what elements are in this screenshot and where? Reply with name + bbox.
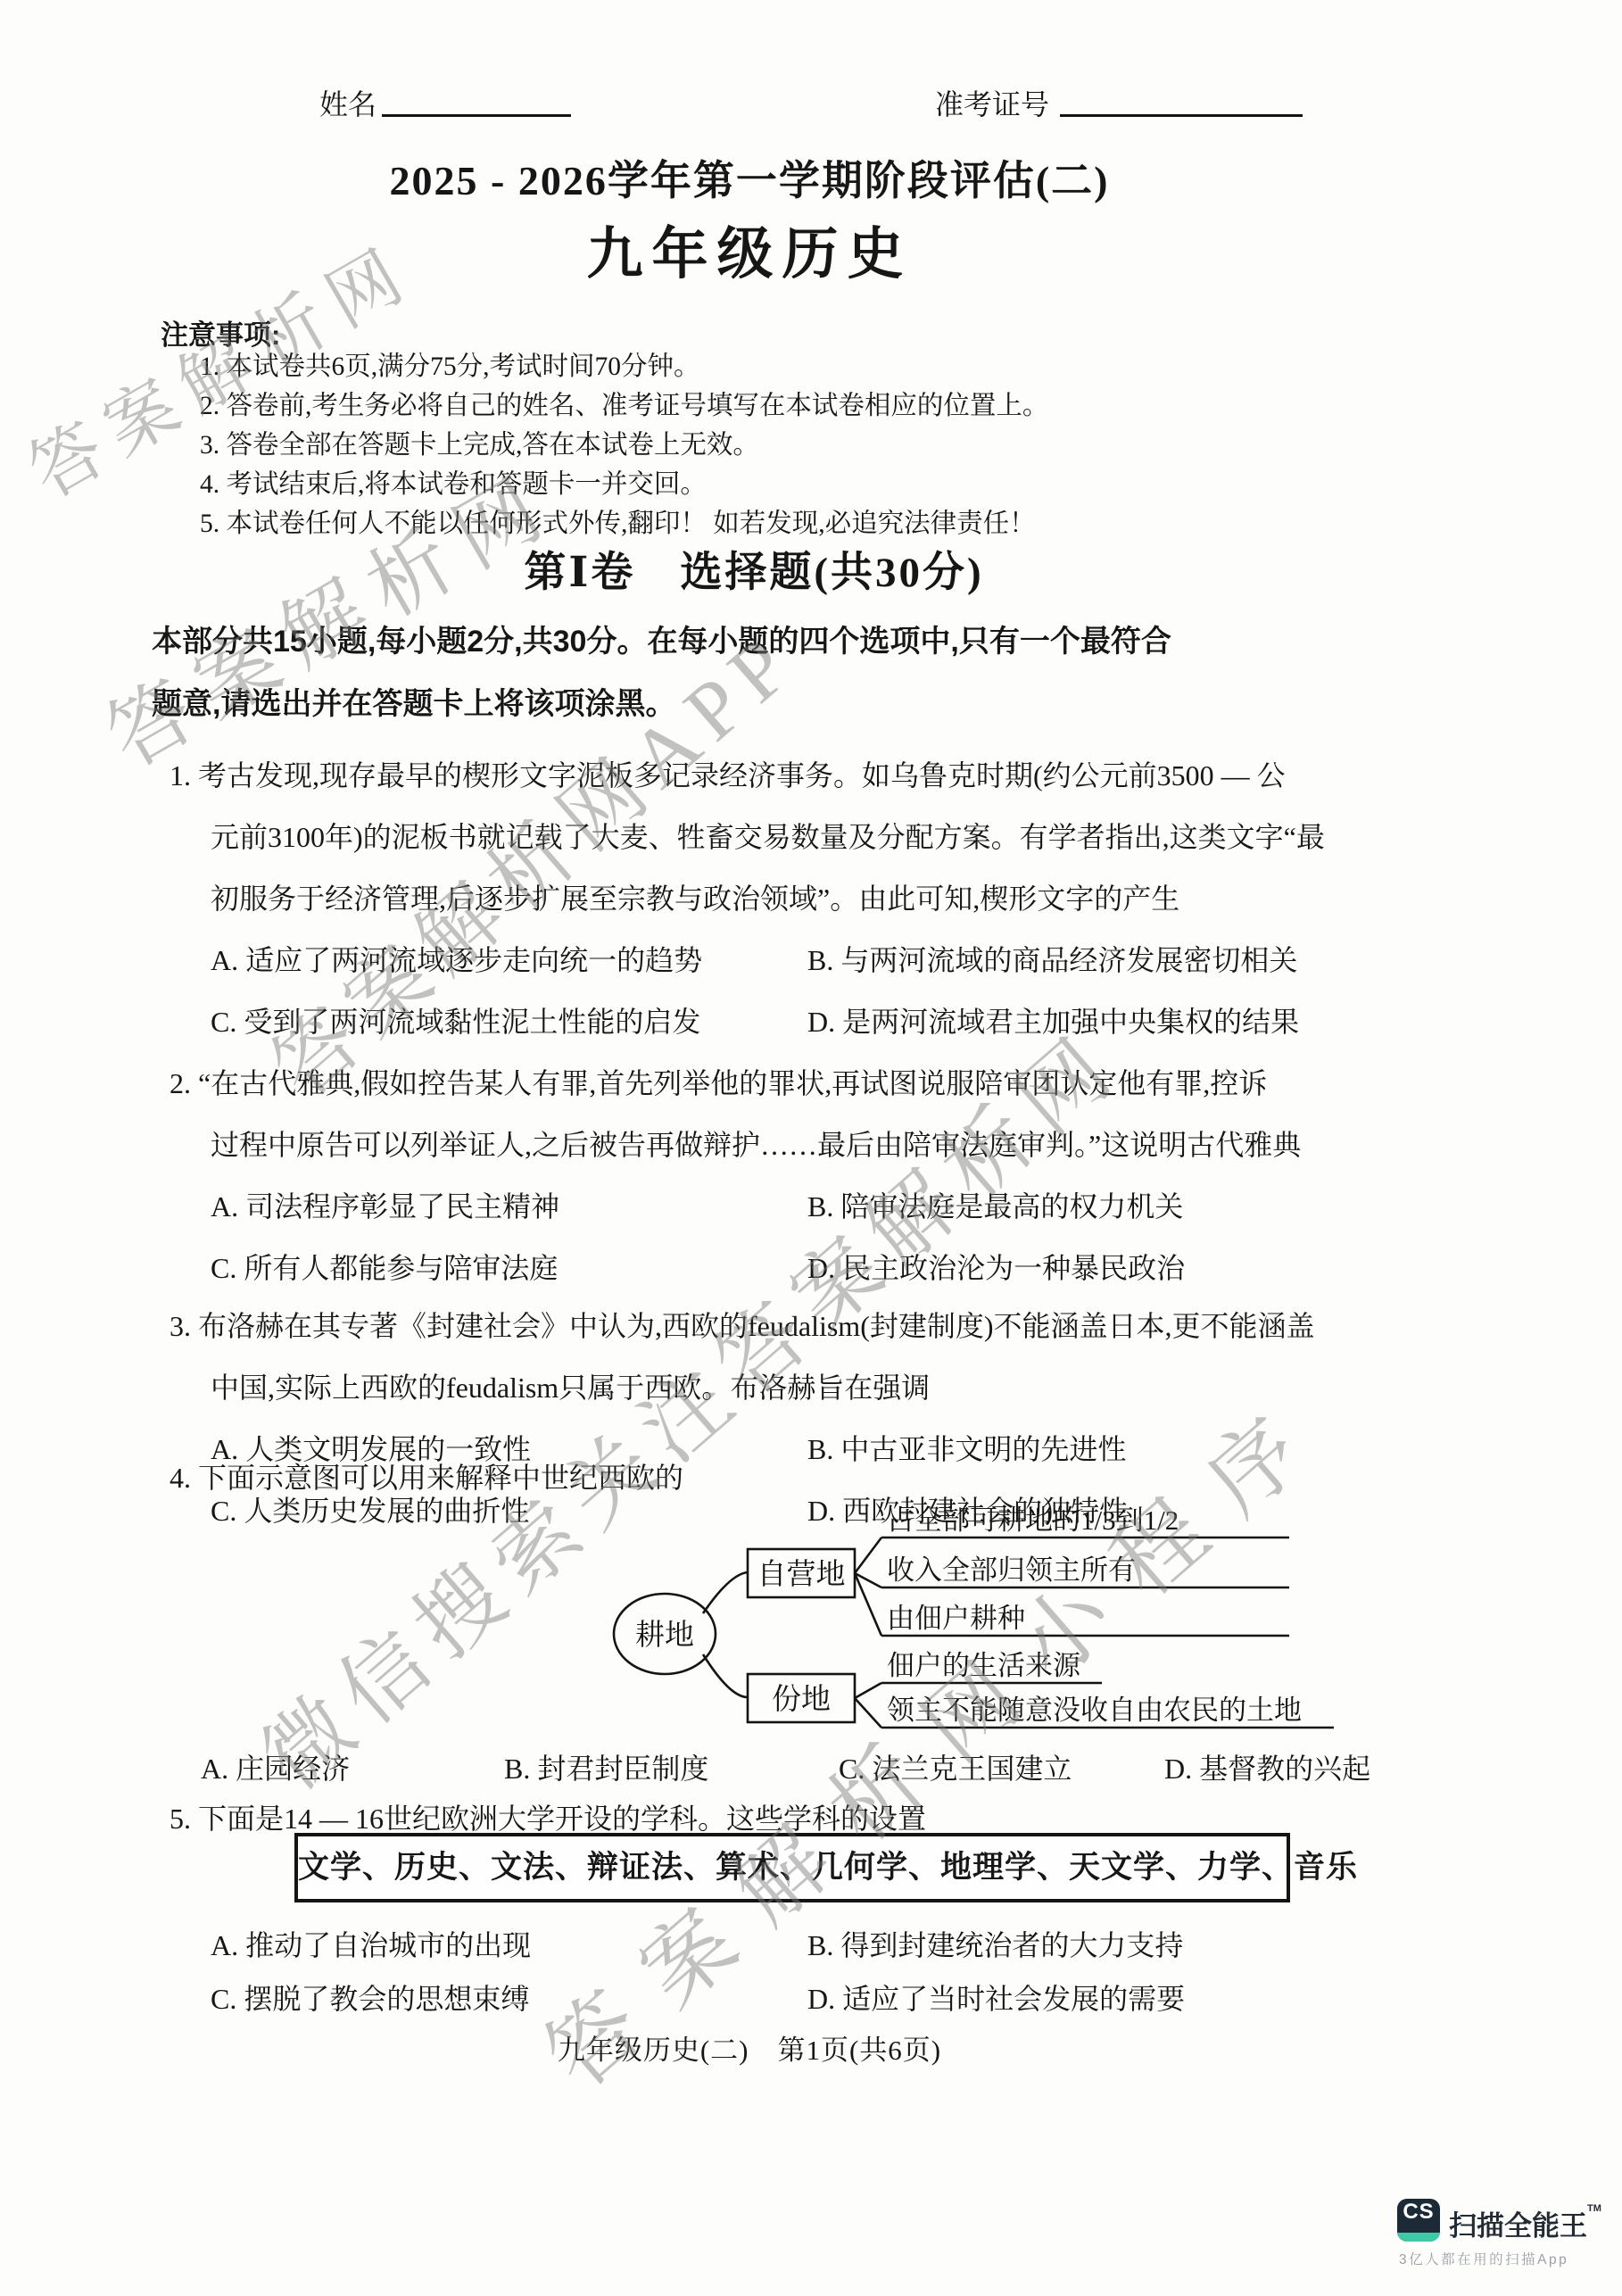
question-number: 1. xyxy=(170,759,191,792)
question-2: 2. “在古代雅典,假如控告某人有罪,首先列举他的罪状,再试图说服陪审团认定他有… xyxy=(170,1053,1575,1299)
option-b: B. 与两河流域的商品经济发展密切相关 xyxy=(807,930,1297,991)
option-c: C. 所有人都能参与陪审法庭 xyxy=(211,1252,558,1284)
question-1-options-row: A. 适应了两河流域逐步走向统一的趋势 B. 与两河流域的商品经济发展密切相关 xyxy=(170,930,1575,991)
notice-item: 5. 本试卷任何人不能以任何形式外传,翻印！ 如若发现,必追究法律责任！ xyxy=(200,504,1494,543)
notice-item: 3. 答卷全部在答题卡上完成,答在本试卷上无效。 xyxy=(200,426,1494,465)
camscanner-trademark: TM xyxy=(1587,2203,1601,2214)
exam-paper-page: 答案解析网 答案解析网 答案解析网APP 微信搜索关注答案解析网 答案解析网小程… xyxy=(0,0,1622,2296)
section-intro-line: 本部分共15小题,每小题2分,共30分。在每小题的四个选项中,只有一个最符合 xyxy=(152,621,1561,662)
diagram-branch1-label: 自营地 xyxy=(757,1558,846,1591)
question-5-options-row: A. 推动了自治城市的出现 B. 得到封建统治者的大力支持 xyxy=(170,1915,1575,1960)
diagram-branch2-label: 份地 xyxy=(772,1683,831,1716)
name-label: 姓名 xyxy=(319,82,377,123)
exam-subject-title: 九年级历史 xyxy=(0,209,1499,290)
exam-session-title: 2025 - 2026学年第一学期阶段评估(二) xyxy=(0,148,1499,207)
question-line: 初服务于经济管理,后逐步扩展至宗教与政治领域”。由此可知,楔形文字的产生 xyxy=(170,868,1575,930)
question-2-options-row: A. 司法程序彰显了民主精神 B. 陪审法庭是最高的权力机关 xyxy=(170,1176,1575,1238)
question-2-options-row: C. 所有人都能参与陪审法庭 D. 民主政治沦为一种暴民政治 xyxy=(170,1238,1575,1299)
camscanner-logo-band xyxy=(1397,2233,1440,2242)
camscanner-tagline: 3亿人都在用的扫描App xyxy=(1399,2249,1568,2268)
diagram-item: 佃户的生活来源 xyxy=(887,1650,1081,1681)
question-1: 1. 考古发现,现存最早的楔形文字泥板多记录经济事务。如乌鲁克时期(约公元前35… xyxy=(170,745,1575,1053)
option-b: B. 陪审法庭是最高的权力机关 xyxy=(807,1176,1183,1238)
notice-list: 1. 本试卷共6页,满分75分,考试时间70分钟。 2. 答卷前,考生务必将自己… xyxy=(200,347,1494,543)
notice-item: 2. 答卷前,考生务必将自己的姓名、准考证号填写在本试卷相应的位置上。 xyxy=(200,386,1494,426)
question-line: 考古发现,现存最早的楔形文字泥板多记录经济事务。如乌鲁克时期(约公元前3500 … xyxy=(198,759,1286,792)
camscanner-logo-icon: CS xyxy=(1397,2199,1440,2242)
question-1-text: 1. 考古发现,现存最早的楔形文字泥板多记录经济事务。如乌鲁克时期(约公元前35… xyxy=(170,745,1575,807)
manor-land-diagram: 耕地 自营地 份地 占全部可耕地的1/3到1/2 收入全部归领主所有 由佃户耕种… xyxy=(553,1478,1356,1745)
question-4-options-row: A. 庄园经济 B. 封君封臣制度 C. 法兰克王国建立 D. 基督教的兴起 xyxy=(170,1738,1575,1783)
question-number: 2. xyxy=(170,1067,191,1099)
diagram-item: 占全部可耕地的1/3到1/2 xyxy=(887,1504,1179,1536)
question-3-text: 3. 布洛赫在其专著《封建社会》中认为,西欧的feudalism(封建制度)不能… xyxy=(170,1296,1575,1357)
question-line: “在古代雅典,假如控告某人有罪,首先列举他的罪状,再试图说服陪审团认定他有罪,控… xyxy=(198,1067,1267,1099)
question-number: 4. xyxy=(170,1462,191,1494)
option-a: A. 司法程序彰显了民主精神 xyxy=(211,1190,559,1223)
question-2-text: 2. “在古代雅典,假如控告某人有罪,首先列举他的罪状,再试图说服陪审团认定他有… xyxy=(170,1053,1575,1115)
option-d: D. 适应了当时社会发展的需要 xyxy=(807,1969,1185,2030)
exam-number-fill-line xyxy=(1060,114,1303,117)
question-line: 布洛赫在其专著《封建社会》中认为,西欧的feudalism(封建制度)不能涵盖日… xyxy=(198,1310,1315,1342)
question-number: 5. xyxy=(170,1803,191,1835)
page-footer: 九年级历史(二) 第1页(共6页) xyxy=(0,2027,1499,2068)
question-line: 下面是14 — 16世纪欧洲大学开设的学科。这些学科的设置 xyxy=(198,1803,926,1835)
diagram-root-label: 耕地 xyxy=(635,1619,694,1652)
option-c: C. 摆脱了教会的思想束缚 xyxy=(211,1969,529,2030)
notice-item: 4. 考试结束后,将本试卷和答题卡一并交回。 xyxy=(200,465,1494,504)
name-fill-line xyxy=(382,114,571,117)
option-b: B. 得到封建统治者的大力支持 xyxy=(807,1915,1183,1977)
camscanner-brand-name: 扫描全能王TM xyxy=(1449,2203,1601,2243)
camscanner-badge: CS 扫描全能王TM 3亿人都在用的扫描App xyxy=(1397,2199,1602,2279)
question-5-options-row: C. 摆脱了教会的思想束缚 D. 适应了当时社会发展的需要 xyxy=(170,1969,1575,2013)
camscanner-brand-text: 扫描全能王 xyxy=(1449,2210,1587,2242)
diagram-item: 领主不能随意没收自由农民的土地 xyxy=(887,1695,1302,1726)
option-c: C. 受到了两河流域黏性泥土性能的启发 xyxy=(211,1006,700,1038)
question-1-options-row: C. 受到了两河流域黏性泥土性能的启发 D. 是两河流域君主加强中央集权的结果 xyxy=(170,991,1575,1053)
option-d: D. 是两河流域君主加强中央集权的结果 xyxy=(807,991,1299,1053)
notice-item: 1. 本试卷共6页,满分75分,考试时间70分钟。 xyxy=(200,347,1494,386)
option-d: D. 民主政治沦为一种暴民政治 xyxy=(807,1238,1185,1299)
diagram-item: 收入全部归领主所有 xyxy=(887,1554,1136,1586)
section-1-heading: 第Ⅰ卷 选择题(共30分) xyxy=(0,539,1508,599)
exam-number-label: 准考证号 xyxy=(935,82,1049,123)
question-line: 中国,实际上西欧的feudalism只属于西欧。布洛赫旨在强调 xyxy=(170,1357,1575,1419)
diagram-item: 由佃户耕种 xyxy=(887,1603,1025,1634)
subjects-box: 文学、历史、文法、辩证法、算术、几何学、地理学、天文学、力学、音乐 xyxy=(294,1833,1290,1902)
question-line: 元前3100年)的泥板书就记载了大麦、牲畜交易数量及分配方案。有学者指出,这类文… xyxy=(170,807,1575,868)
question-line: 过程中原告可以列举证人,之后被告再做辩护……最后由陪审法庭审判。”这说明古代雅典 xyxy=(170,1115,1575,1176)
question-number: 3. xyxy=(170,1310,191,1342)
camscanner-logo-letters: CS xyxy=(1397,2200,1440,2225)
section-intro-line: 题意,请选出并在答题卡上将该项涂黑。 xyxy=(152,684,1561,725)
option-a: A. 推动了自治城市的出现 xyxy=(211,1915,531,1977)
option-a: A. 适应了两河流域逐步走向统一的趋势 xyxy=(211,944,702,976)
